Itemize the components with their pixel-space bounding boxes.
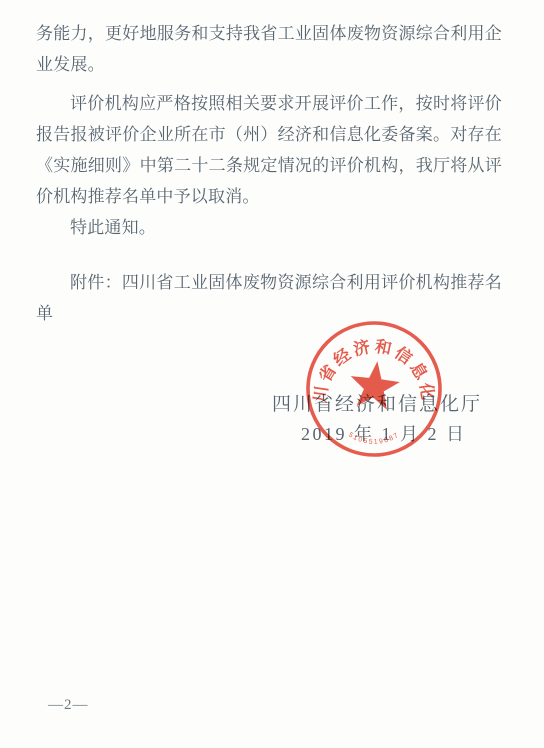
- document-page: 务能力，更好地服务和支持我省工业固体废物资源综合利用企业发展。 评价机构应严格按…: [0, 0, 544, 748]
- paragraph: 特此通知。: [36, 212, 502, 243]
- paragraph: 务能力，更好地服务和支持我省工业固体废物资源综合利用企业发展。: [36, 18, 502, 80]
- signature-date: 2019 年 1 月 2 日: [301, 420, 467, 446]
- page-number: —2—: [48, 697, 89, 714]
- paragraph: 评价机构应严格按照相关要求开展评价工作，按时将评价报告报被评价企业所在市（州）经…: [36, 88, 502, 212]
- body-text: 务能力，更好地服务和支持我省工业固体废物资源综合利用企业发展。 评价机构应严格按…: [36, 18, 502, 329]
- attachment-line: 附件：四川省工业固体废物资源综合利用评价机构推荐名单: [36, 267, 502, 329]
- signature-org: 四川省经济和信息化厅: [272, 389, 482, 416]
